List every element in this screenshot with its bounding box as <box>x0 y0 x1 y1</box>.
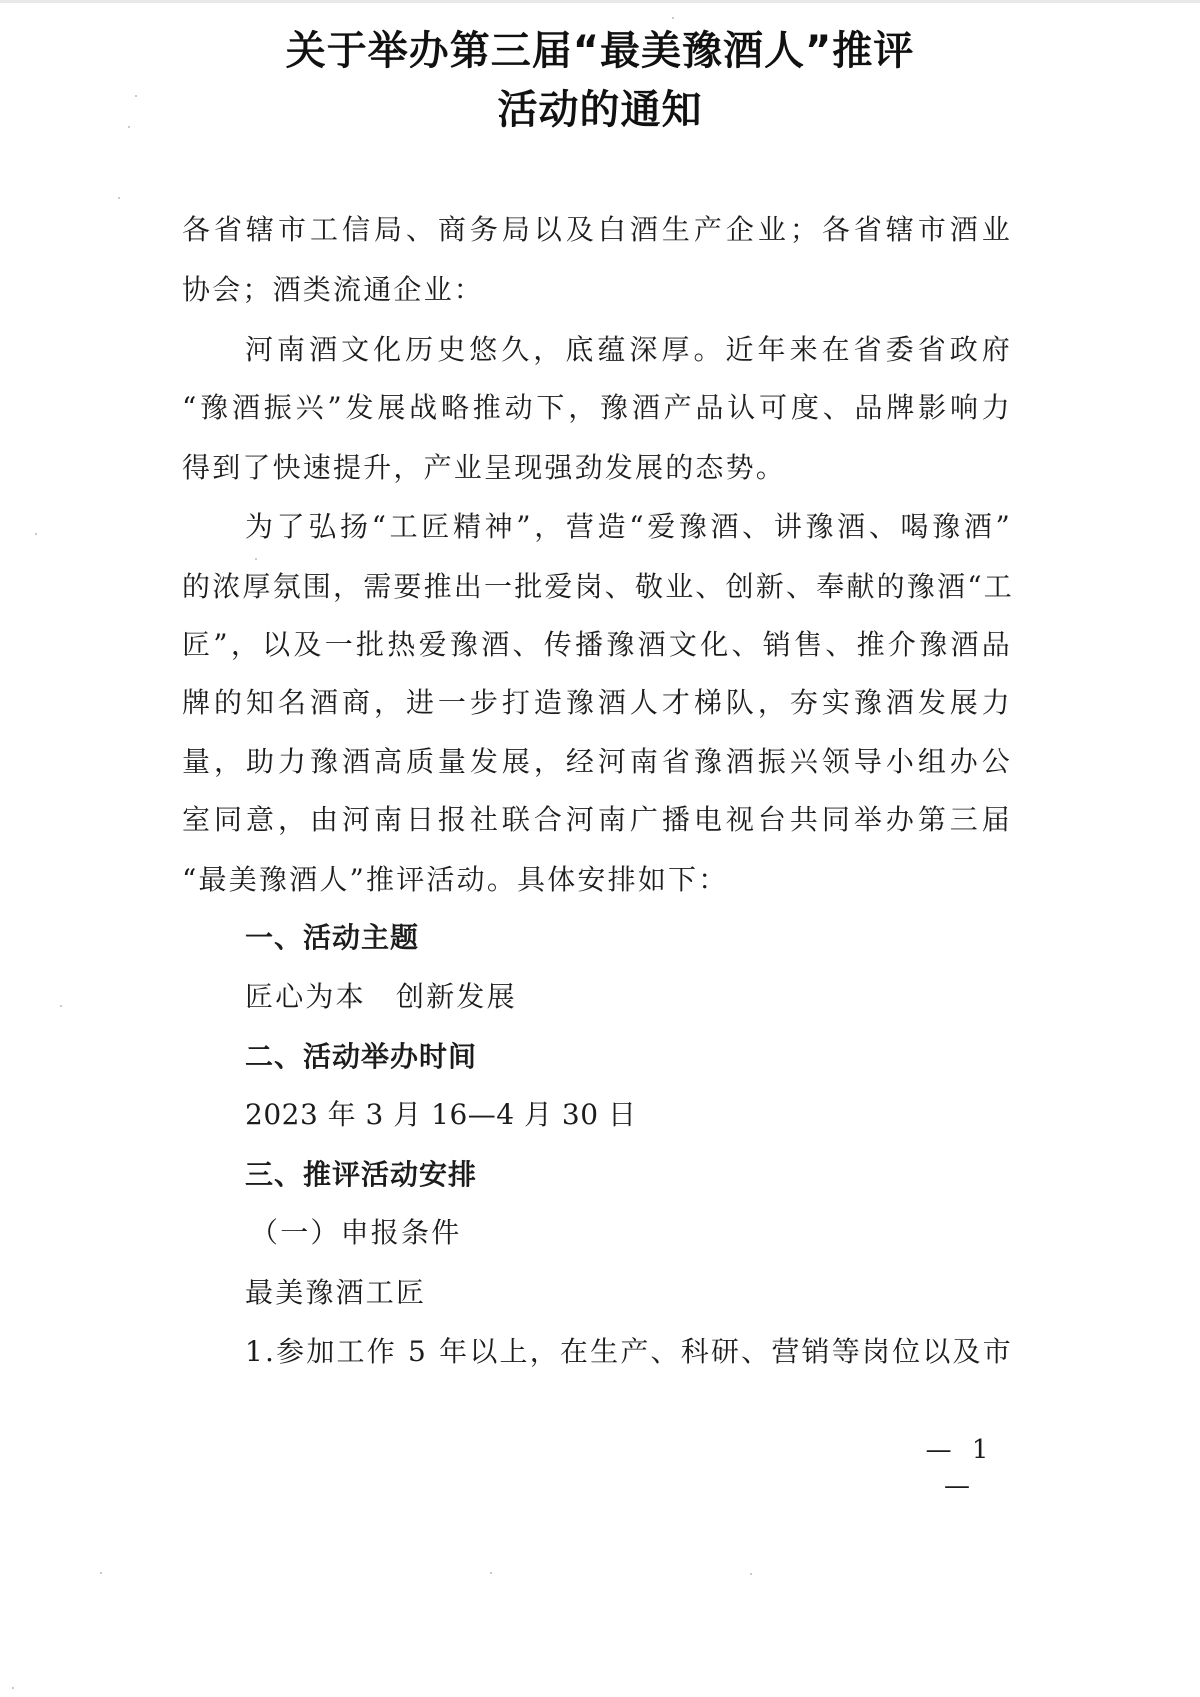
paragraph-2-line-1: 为了弘扬“工匠精神”，营造“爱豫酒、讲豫酒、喝豫酒” <box>245 509 1012 545</box>
scan-speck <box>135 95 137 97</box>
scan-speck <box>672 17 674 19</box>
document-title-line-1: 关于举办第三届“最美豫酒人”推评 <box>0 27 1200 75</box>
scan-speck <box>750 1573 752 1575</box>
addressee-line-1: 各省辖市工信局、商务局以及白酒生产企业；各省辖市酒业 <box>182 212 1012 248</box>
section-1-content: 匠心为本 创新发展 <box>245 979 1075 1015</box>
section-3-subheading: （一）申报条件 <box>250 1215 1080 1251</box>
section-1-heading: 一、活动主题 <box>245 920 1075 956</box>
section-2-content: 2023 年 3 月 16—4 月 30 日 <box>245 1097 1075 1133</box>
scan-speck <box>490 1572 492 1574</box>
scan-speck <box>12 1687 14 1689</box>
section-3-item-1: 1.参加工作 5 年以上，在生产、科研、营销等岗位以及市 <box>245 1334 1012 1370</box>
paragraph-2-line-4: 牌的知名酒商，进一步打造豫酒人才梯队，夯实豫酒发展力 <box>182 685 1012 721</box>
page-top-edge <box>0 0 1200 3</box>
section-3-heading: 三、推评活动安排 <box>245 1157 1075 1193</box>
scan-speck <box>128 126 130 128</box>
document-title-line-2: 活动的通知 <box>0 86 1200 134</box>
paragraph-1-line-1: 河南酒文化历史悠久，底蕴深厚。近年来在省委省政府 <box>245 332 1012 368</box>
paragraph-1-line-2: “豫酒振兴”发展战略推动下，豫酒产品认可度、品牌影响力 <box>182 390 1012 426</box>
addressee-line-2: 协会；酒类流通企业： <box>182 272 1012 308</box>
section-3-category: 最美豫酒工匠 <box>245 1275 1075 1311</box>
scan-speck <box>100 1572 102 1574</box>
page-number: — 1 — <box>905 1432 1015 1504</box>
paragraph-2-line-6: 室同意，由河南日报社联合河南广播电视台共同举办第三届 <box>182 802 1012 838</box>
scan-speck <box>118 197 120 199</box>
paragraph-2-line-5: 量，助力豫酒高质量发展，经河南省豫酒振兴领导小组办公 <box>182 744 1012 780</box>
section-2-heading: 二、活动举办时间 <box>245 1039 1075 1075</box>
scan-speck <box>255 558 257 560</box>
paragraph-2-line-3: 匠”，以及一批热爱豫酒、传播豫酒文化、销售、推介豫酒品 <box>182 627 1012 663</box>
scan-speck <box>60 1005 62 1007</box>
paragraph-2-line-7: “最美豫酒人”推评活动。具体安排如下： <box>182 862 1012 898</box>
paragraph-2-line-2: 的浓厚氛围，需要推出一批爱岗、敬业、创新、奉献的豫酒“工 <box>182 569 1012 605</box>
scan-speck <box>35 533 37 535</box>
paragraph-1-line-3: 得到了快速提升，产业呈现强劲发展的态势。 <box>182 450 1012 486</box>
